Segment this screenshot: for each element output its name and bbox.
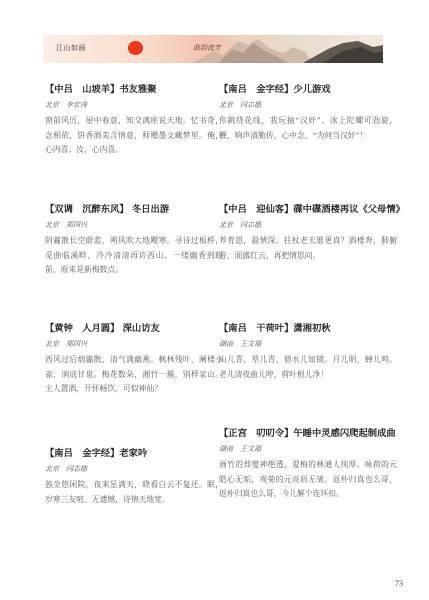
- poem-author: 湖南 王文福: [219, 338, 397, 351]
- poem-author: 北京 闫志德: [219, 219, 409, 232]
- header-banner-painting: 江山如画 曲韵流芳: [43, 35, 383, 63]
- poem-author: 北京 郑国兴: [45, 219, 223, 232]
- poem-3: 【双调 沉醉东风】 冬日出游 北京 郑国兴 阴霾散长空蔚蓝，朔风吹大地飕寒。寻诗…: [45, 202, 223, 278]
- poem-5: 【黄钟 人月圆】 深山访友 北京 郑国兴 西风过后烟霾散，清气满幽燕。枫林残叶，…: [45, 321, 223, 397]
- poem-7: 【南吕 金字经】老家吟 北京 闫志德 独坐悠闲院，夜来星满天，晓看白云不复还。眠…: [45, 446, 223, 507]
- poem-body: 养育恩，最情深。拄杖老夫谁更真？酒楼奔，肺腑音，面露红云，再把情思问。: [219, 234, 397, 263]
- banner-seal-text: 江山如画: [56, 43, 86, 53]
- poem-1: 【中吕 山坡羊】书友雅聚 北京 李宏涛 窗前风厉，屋中春意，知交满座说天地。忆书…: [45, 82, 223, 158]
- poem-author: 北京 李宏涛: [45, 99, 223, 112]
- poem-author: 北京 闫志德: [219, 99, 397, 112]
- poem-body: 你跳绕花线，我玩抽“汉奸”。冰上陀螺可劲旋，鞭，响声清脆传，心中念，“为何当汉奸…: [219, 114, 397, 143]
- poem-8: 【正宫 叨叨令】午睡中灵感闪爬起制成曲 湖南 王文福 画竹的郑燮神绝透，爱梅的林…: [219, 426, 409, 502]
- red-sun-icon: [128, 41, 143, 55]
- poem-2: 【南吕 金字经】少儿游戏 北京 闫志德 你跳绕花线，我玩抽“汉奸”。冰上陀螺可劲…: [219, 82, 397, 143]
- page-number: 73: [395, 579, 403, 588]
- poem-body: 窗前风厉，屋中春意，知交满座说天地。忆书奇，念相依，饼香酒美含情意，师赠墨文藏梦…: [45, 114, 223, 158]
- poem-body: 阴霾散长空蔚蓝，朔风吹大地飕寒。寻诗过板桥，觅曲临溪畔，冷冷清清再访西山。一缕幽…: [45, 234, 223, 278]
- poem-author: 北京 郑国兴: [45, 338, 223, 351]
- poem-title: 【正宫 叨叨令】午睡中灵感闪爬起制成曲: [219, 426, 409, 441]
- poem-title: 【中吕 山坡羊】书友雅聚: [45, 82, 223, 97]
- poem-title: 【南吕 干荷叶】潇湘初秋: [219, 321, 397, 336]
- poem-body: 山儿青，草儿青，碧水儿如镜。月儿明，蝉儿鸣。老儿清夜曲儿哼，荷叶根儿净！: [219, 353, 397, 382]
- poem-title: 【南吕 金字经】少儿游戏: [219, 82, 397, 97]
- poem-title: 【南吕 金字经】老家吟: [45, 446, 223, 461]
- poem-body: 画竹的郑燮神绝透，爱梅的林逋人纯厚。咏荷的元皓心无垢，观菊的元亮眉无皱。返朴归真…: [219, 458, 397, 502]
- poem-title: 【中吕 迎仙客】碟中碟酒楼再议《父母情》: [219, 202, 409, 217]
- poem-4: 【中吕 迎仙客】碟中碟酒楼再议《父母情》 北京 闫志德 养育恩，最情深。拄杖老夫…: [219, 202, 409, 263]
- poem-body: 西风过后烟霾散，清气满幽燕。枫林残叶，阑楼小雀，涧底甘泉。梅花数朵，湘竹一簇，别…: [45, 353, 223, 397]
- poem-title: 【双调 沉醉东风】 冬日出游: [45, 202, 223, 217]
- poem-body: 独坐悠闲院，夜来星满天，晓看白云不复还。眠，岁寒三友喧。无遗憾，诗情天地宽。: [45, 478, 223, 507]
- poem-author: 湖南 王文福: [219, 443, 409, 456]
- poem-author: 北京 闫志德: [45, 463, 223, 476]
- poem-title: 【黄钟 人月圆】 深山访友: [45, 321, 223, 336]
- poem-6: 【南吕 干荷叶】潇湘初秋 湖南 王文福 山儿青，草儿青，碧水儿如镜。月儿明，蝉儿…: [219, 321, 397, 382]
- banner-title: 曲韵流芳: [193, 43, 221, 53]
